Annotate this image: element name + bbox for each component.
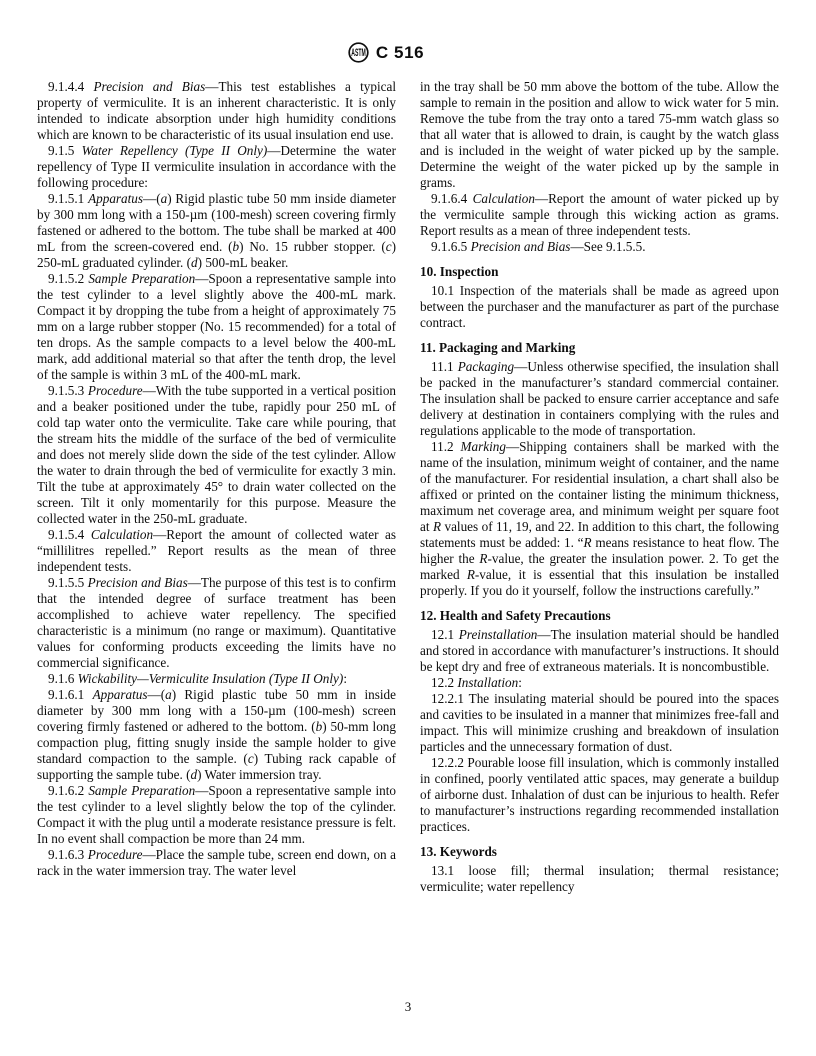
paragraph: 9.1.6.5 Precision and Bias—See 9.1.5.5. bbox=[420, 239, 779, 255]
page-number: 3 bbox=[405, 999, 412, 1014]
document-page: ASTM C 516 9.1.4.4 Precision and Bias—Th… bbox=[0, 0, 816, 1056]
paragraph: 12.1 Preinstallation—The insulation mate… bbox=[420, 627, 779, 675]
paragraph: in the tray shall be 50 mm above the bot… bbox=[420, 79, 779, 191]
paragraph: 9.1.5.2 Sample Preparation—Spoon a repre… bbox=[37, 271, 396, 383]
paragraph: 11.1 Packaging—Unless otherwise specifie… bbox=[420, 359, 779, 439]
section-heading: 13. Keywords bbox=[420, 844, 779, 860]
paragraph: 9.1.6 Wickability—Vermiculite Insulation… bbox=[37, 671, 396, 687]
paragraph: 9.1.5 Water Repellency (Type II Only)—De… bbox=[37, 143, 396, 191]
right-column: in the tray shall be 50 mm above the bot… bbox=[420, 79, 779, 895]
astm-logo-icon: ASTM bbox=[348, 42, 369, 63]
paragraph: 9.1.5.1 Apparatus—(a) Rigid plastic tube… bbox=[37, 191, 396, 271]
section-heading: 11. Packaging and Marking bbox=[420, 340, 779, 356]
paragraph: 9.1.6.3 Procedure—Place the sample tube,… bbox=[37, 847, 396, 879]
paragraph: 9.1.5.5 Precision and Bias—The purpose o… bbox=[37, 575, 396, 671]
paragraph: 12.2 Installation: bbox=[420, 675, 779, 691]
paragraph: 11.2 Marking—Shipping containers shall b… bbox=[420, 439, 779, 599]
astm-logo-text: ASTM bbox=[351, 47, 366, 59]
paragraph: 9.1.5.3 Procedure—With the tube supporte… bbox=[37, 383, 396, 527]
page-header: ASTM C 516 bbox=[0, 42, 794, 63]
paragraph: 9.1.6.4 Calculation—Report the amount of… bbox=[420, 191, 779, 239]
paragraph: 13.1 loose fill; thermal insulation; the… bbox=[420, 863, 779, 895]
paragraph: 9.1.4.4 Precision and Bias—This test est… bbox=[37, 79, 396, 143]
section-heading: 10. Inspection bbox=[420, 264, 779, 280]
paragraph: 10.1 Inspection of the materials shall b… bbox=[420, 283, 779, 331]
paragraph: 9.1.6.1 Apparatus—(a) Rigid plastic tube… bbox=[37, 687, 396, 783]
two-column-body: 9.1.4.4 Precision and Bias—This test est… bbox=[37, 79, 779, 895]
paragraph: 12.2.1 The insulating material should be… bbox=[420, 691, 779, 755]
page-footer: 3 bbox=[0, 999, 816, 1015]
paragraph: 12.2.2 Pourable loose fill insulation, w… bbox=[420, 755, 779, 835]
paragraph: 9.1.6.2 Sample Preparation—Spoon a repre… bbox=[37, 783, 396, 847]
paragraph: 9.1.5.4 Calculation—Report the amount of… bbox=[37, 527, 396, 575]
section-heading: 12. Health and Safety Precautions bbox=[420, 608, 779, 624]
left-column: 9.1.4.4 Precision and Bias—This test est… bbox=[37, 79, 396, 895]
standard-designation: C 516 bbox=[376, 43, 424, 63]
